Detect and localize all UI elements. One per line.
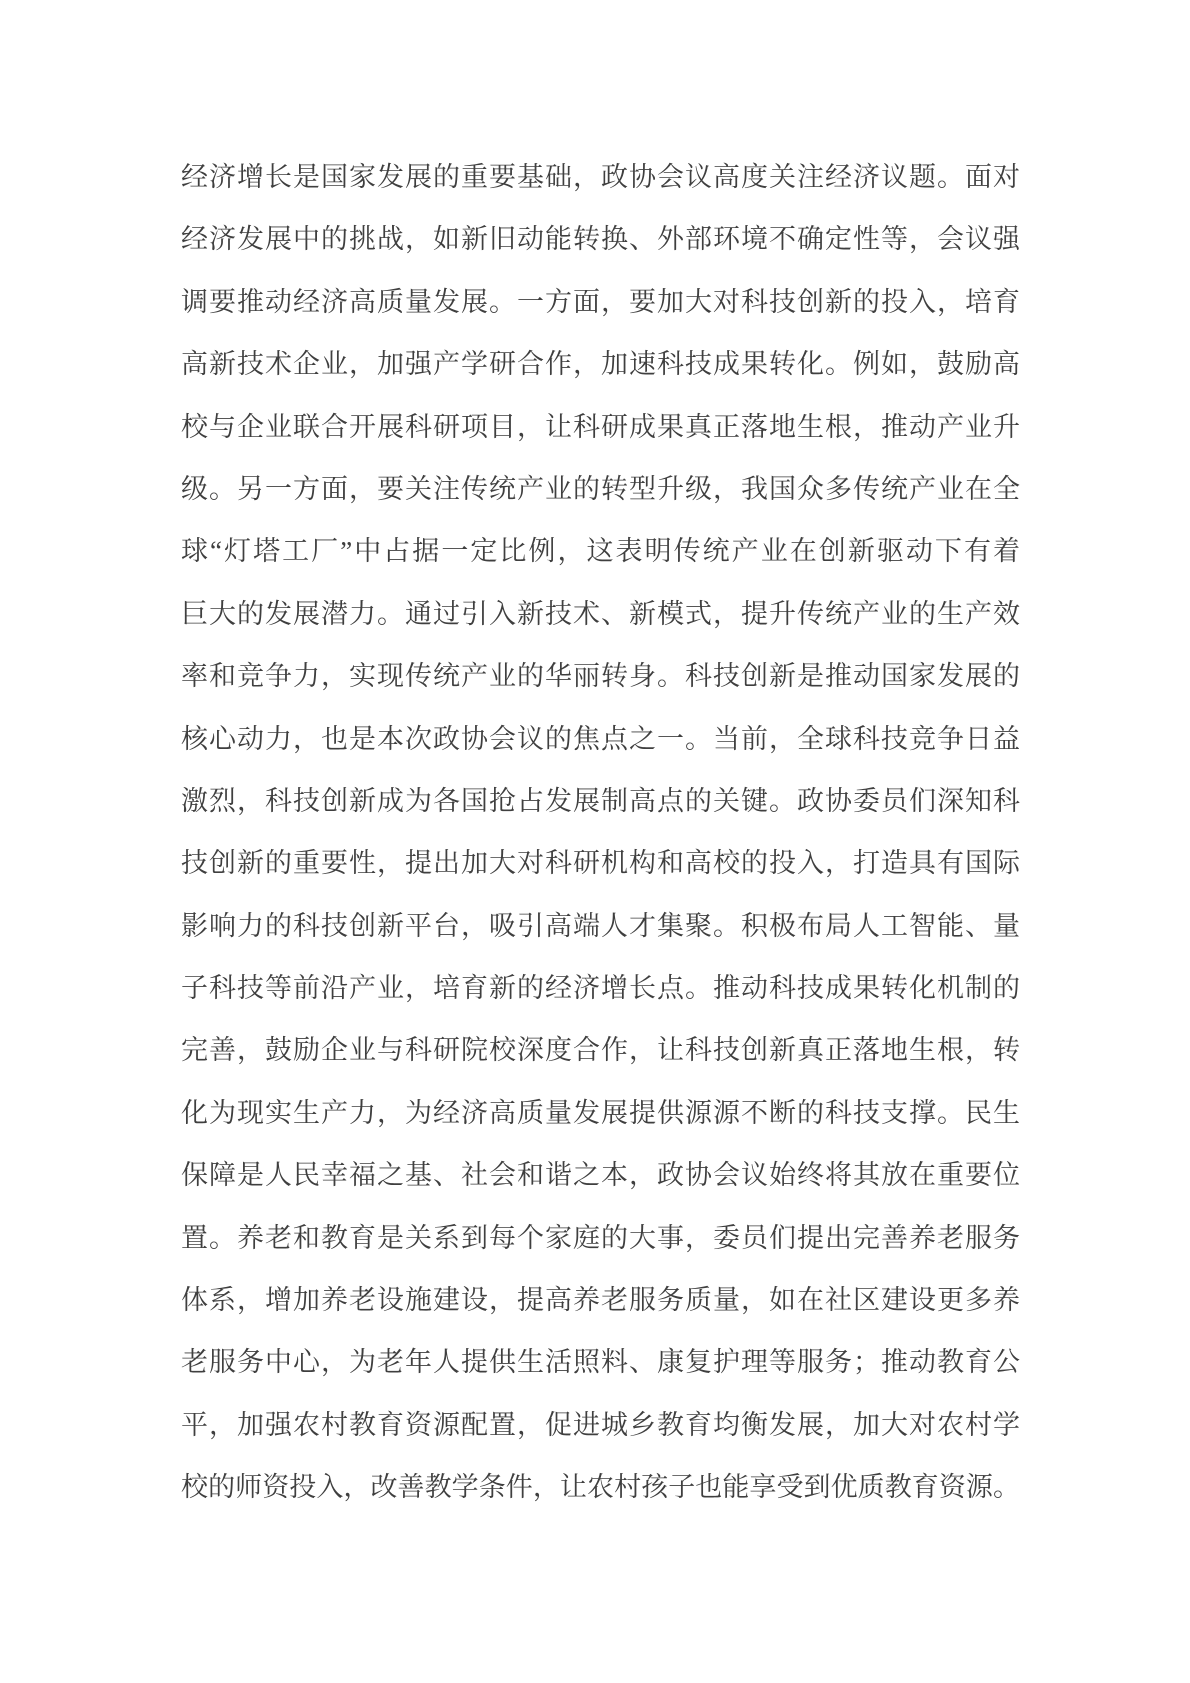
text-line: 巨大的发展潜力。通过引入新技术、新模式，提升传统产业的生产效 <box>181 583 1020 645</box>
text-line: 激烈，科技创新成为各国抢占发展制高点的关键。政协委员们深知科 <box>181 770 1020 832</box>
text-line: 经济发展中的挑战，如新旧动能转换、外部环境不确定性等，会议强 <box>181 208 1020 270</box>
text-line: 球“灯塔工厂”中占据一定比例，这表明传统产业在创新驱动下有着 <box>181 520 1020 582</box>
document-page: 经济增长是国家发展的重要基础，政协会议高度关注经济议题。面对 经济发展中的挑战，… <box>0 0 1190 1683</box>
text-line: 平，加强农村教育资源配置，促进城乡教育均衡发展，加大对农村学 <box>181 1394 1020 1456</box>
text-line: 老服务中心，为老年人提供生活照料、康复护理等服务；推动教育公 <box>181 1331 1020 1393</box>
text-line: 级。另一方面，要关注传统产业的转型升级，我国众多传统产业在全 <box>181 458 1020 520</box>
text-line: 保障是人民幸福之基、社会和谐之本，政协会议始终将其放在重要位 <box>181 1144 1020 1206</box>
text-line: 核心动力，也是本次政协会议的焦点之一。当前，全球科技竞争日益 <box>181 708 1020 770</box>
text-line: 校的师资投入，改善教学条件，让农村孩子也能享受到优质教育资源。 <box>181 1456 1020 1518</box>
text-line: 置。养老和教育是关系到每个家庭的大事，委员们提出完善养老服务 <box>181 1207 1020 1269</box>
text-line: 子科技等前沿产业，培育新的经济增长点。推动科技成果转化机制的 <box>181 957 1020 1019</box>
text-line: 体系，增加养老设施建设，提高养老服务质量，如在社区建设更多养 <box>181 1269 1020 1331</box>
text-line: 经济增长是国家发展的重要基础，政协会议高度关注经济议题。面对 <box>181 146 1020 208</box>
text-line: 率和竞争力，实现传统产业的华丽转身。科技创新是推动国家发展的 <box>181 645 1020 707</box>
text-line: 影响力的科技创新平台，吸引高端人才集聚。积极布局人工智能、量 <box>181 895 1020 957</box>
text-line: 校与企业联合开展科研项目，让科研成果真正落地生根，推动产业升 <box>181 396 1020 458</box>
text-line: 高新技术企业，加强产学研合作，加速科技成果转化。例如，鼓励高 <box>181 333 1020 395</box>
text-line: 化为现实生产力，为经济高质量发展提供源源不断的科技支撑。民生 <box>181 1082 1020 1144</box>
text-line: 调要推动经济高质量发展。一方面，要加大对科技创新的投入，培育 <box>181 271 1020 333</box>
text-line: 完善，鼓励企业与科研院校深度合作，让科技创新真正落地生根，转 <box>181 1019 1020 1081</box>
paragraph-body: 经济增长是国家发展的重要基础，政协会议高度关注经济议题。面对 经济发展中的挑战，… <box>181 146 1020 1519</box>
text-line: 技创新的重要性，提出加大对科研机构和高校的投入，打造具有国际 <box>181 832 1020 894</box>
